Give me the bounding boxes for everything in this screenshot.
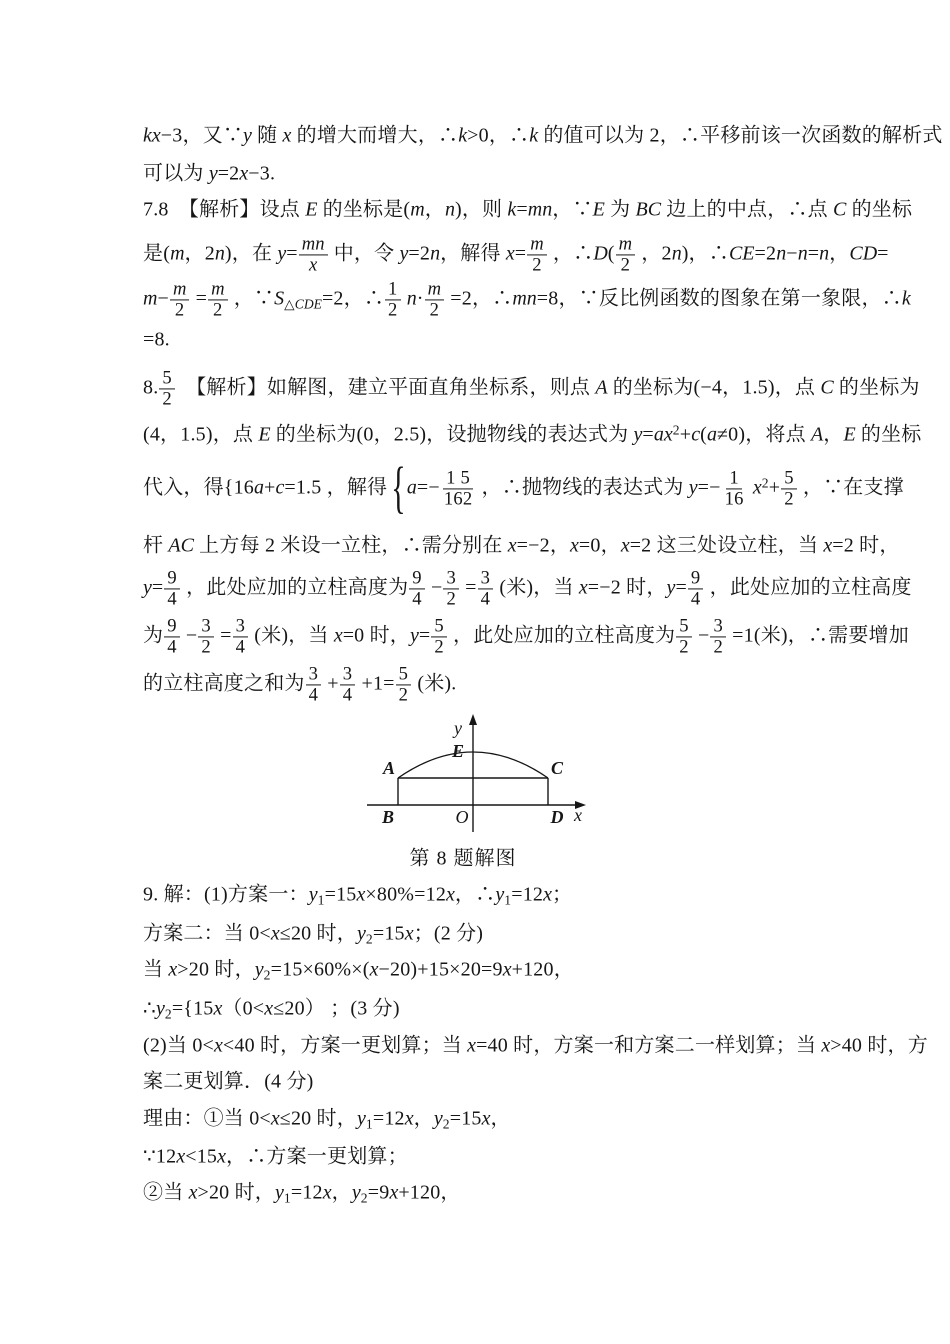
fraction: 52 [431, 616, 447, 657]
label-O: O [456, 807, 469, 827]
fraction: m2 [616, 234, 635, 275]
label-A: A [382, 758, 395, 778]
fraction: 94 [164, 616, 180, 657]
fraction: m2 [527, 234, 546, 275]
text-line: 案二更划算．(4 分) [143, 1065, 314, 1094]
text-line: (2)当 0<x<40 时，方案一更划算；当 x=40 时，方案一和方案二一样划… [143, 1029, 928, 1058]
fraction: 34 [478, 568, 494, 609]
fraction: 116 [722, 468, 747, 509]
fraction: 1 5162 [441, 468, 476, 509]
text-line: 方案二：当 0<x≤20 时，y2=15x；(2 分) [143, 916, 483, 947]
fraction: 52 [781, 468, 797, 509]
label-y-axis: y [452, 718, 462, 738]
label-E: E [451, 741, 464, 761]
label-B: B [381, 807, 394, 827]
fraction: m2 [208, 279, 227, 320]
fraction: 94 [164, 568, 180, 609]
text-line: y=94 ，此处应加的立柱高度为94 −32 =34 (米)，当 x=−2 时，… [143, 568, 912, 609]
fraction: 32 [710, 616, 726, 657]
fraction: mnx [299, 234, 328, 275]
fraction: 94 [409, 568, 425, 609]
fraction: 94 [688, 568, 704, 609]
label-C: C [551, 758, 564, 778]
big-brace: { [391, 457, 406, 522]
fraction: 32 [443, 568, 459, 609]
text-line: 的立柱高度之和为34 +34 +1=52 (米). [143, 664, 456, 705]
text-line: 为94 −32 =34 (米)，当 x=0 时，y=52 ，此处应加的立柱高度为… [143, 616, 909, 657]
fraction: 32 [198, 616, 214, 657]
text-line: (4，1.5)，点 E 的坐标为(0，2.5)，设抛物线的表达式为 y=ax2+… [143, 418, 921, 447]
text-line: 7.8 【解析】设点 E 的坐标是(m，n)，则 k=mn，∵E 为 BC 边上… [143, 193, 912, 222]
fraction: 12 [385, 279, 401, 320]
problem8-figure: y E A C B O D x [355, 710, 595, 850]
text-line: ∴y2={15x（0<x≤20） ；(3 分) [143, 991, 400, 1022]
text-line: ②当 x>20 时，y1=12x，y2=9x+120， [143, 1175, 461, 1206]
fraction: m2 [425, 279, 444, 320]
y-axis-arrow [469, 714, 477, 725]
text-line: 8.52 【解析】如解图，建立平面直角坐标系，则点 A 的坐标为(−4，1.5)… [143, 368, 920, 409]
label-D: D [550, 807, 564, 827]
text-line: =8. [143, 329, 170, 352]
text-line: 理由：①当 0<x≤20 时，y1=12x，y2=15x， [143, 1101, 511, 1132]
text-line: 可以为 y=2x−3. [143, 157, 275, 186]
figure-caption: 第 8 题解图 [143, 842, 783, 871]
text-line: 杆 AC 上方每 2 米设一立柱，∴需分别在 x=−2，x=0，x=2 这三处设… [143, 529, 900, 558]
text-line: 是(m，2n)，在 y=mnx 中，令 y=2n，解得 x=m2 ，∴D(m2 … [143, 234, 889, 275]
text-line: 9. 解：(1)方案一：y1=15x×80%=12x，∴y1=12x； [143, 877, 572, 908]
fraction: 34 [306, 664, 322, 705]
text-line: kx−3，又∵y 随 x 的增大而增大，∴k>0，∴k 的值可以为 2，∴平移前… [143, 119, 943, 148]
coordinate-diagram: y E A C B O D x [355, 710, 595, 850]
fraction: 52 [159, 368, 175, 409]
document-page: kx−3，又∵y 随 x 的增大而增大，∴k>0，∴k 的值可以为 2，∴平移前… [0, 0, 950, 1344]
fraction: 34 [233, 616, 249, 657]
fraction: 34 [340, 664, 356, 705]
fraction: 52 [396, 664, 412, 705]
label-x-axis: x [573, 805, 582, 825]
text-line: ∵12x<15x，∴方案一更划算； [143, 1140, 408, 1169]
fraction: 52 [676, 616, 692, 657]
text-line: 代入，得{16a+c=1.5 ，解得{a=−1 5162 ，∴抛物线的表达式为 … [143, 468, 904, 509]
fraction: m2 [170, 279, 189, 320]
text-line: 当 x>20 时，y2=15×60%×(x−20)+15×20=9x+120， [143, 952, 574, 983]
text-line: m−m2 =m2 ，∵S△CDE=2，∴12 n·m2 =2，∴mn=8，∵反比… [143, 279, 911, 320]
